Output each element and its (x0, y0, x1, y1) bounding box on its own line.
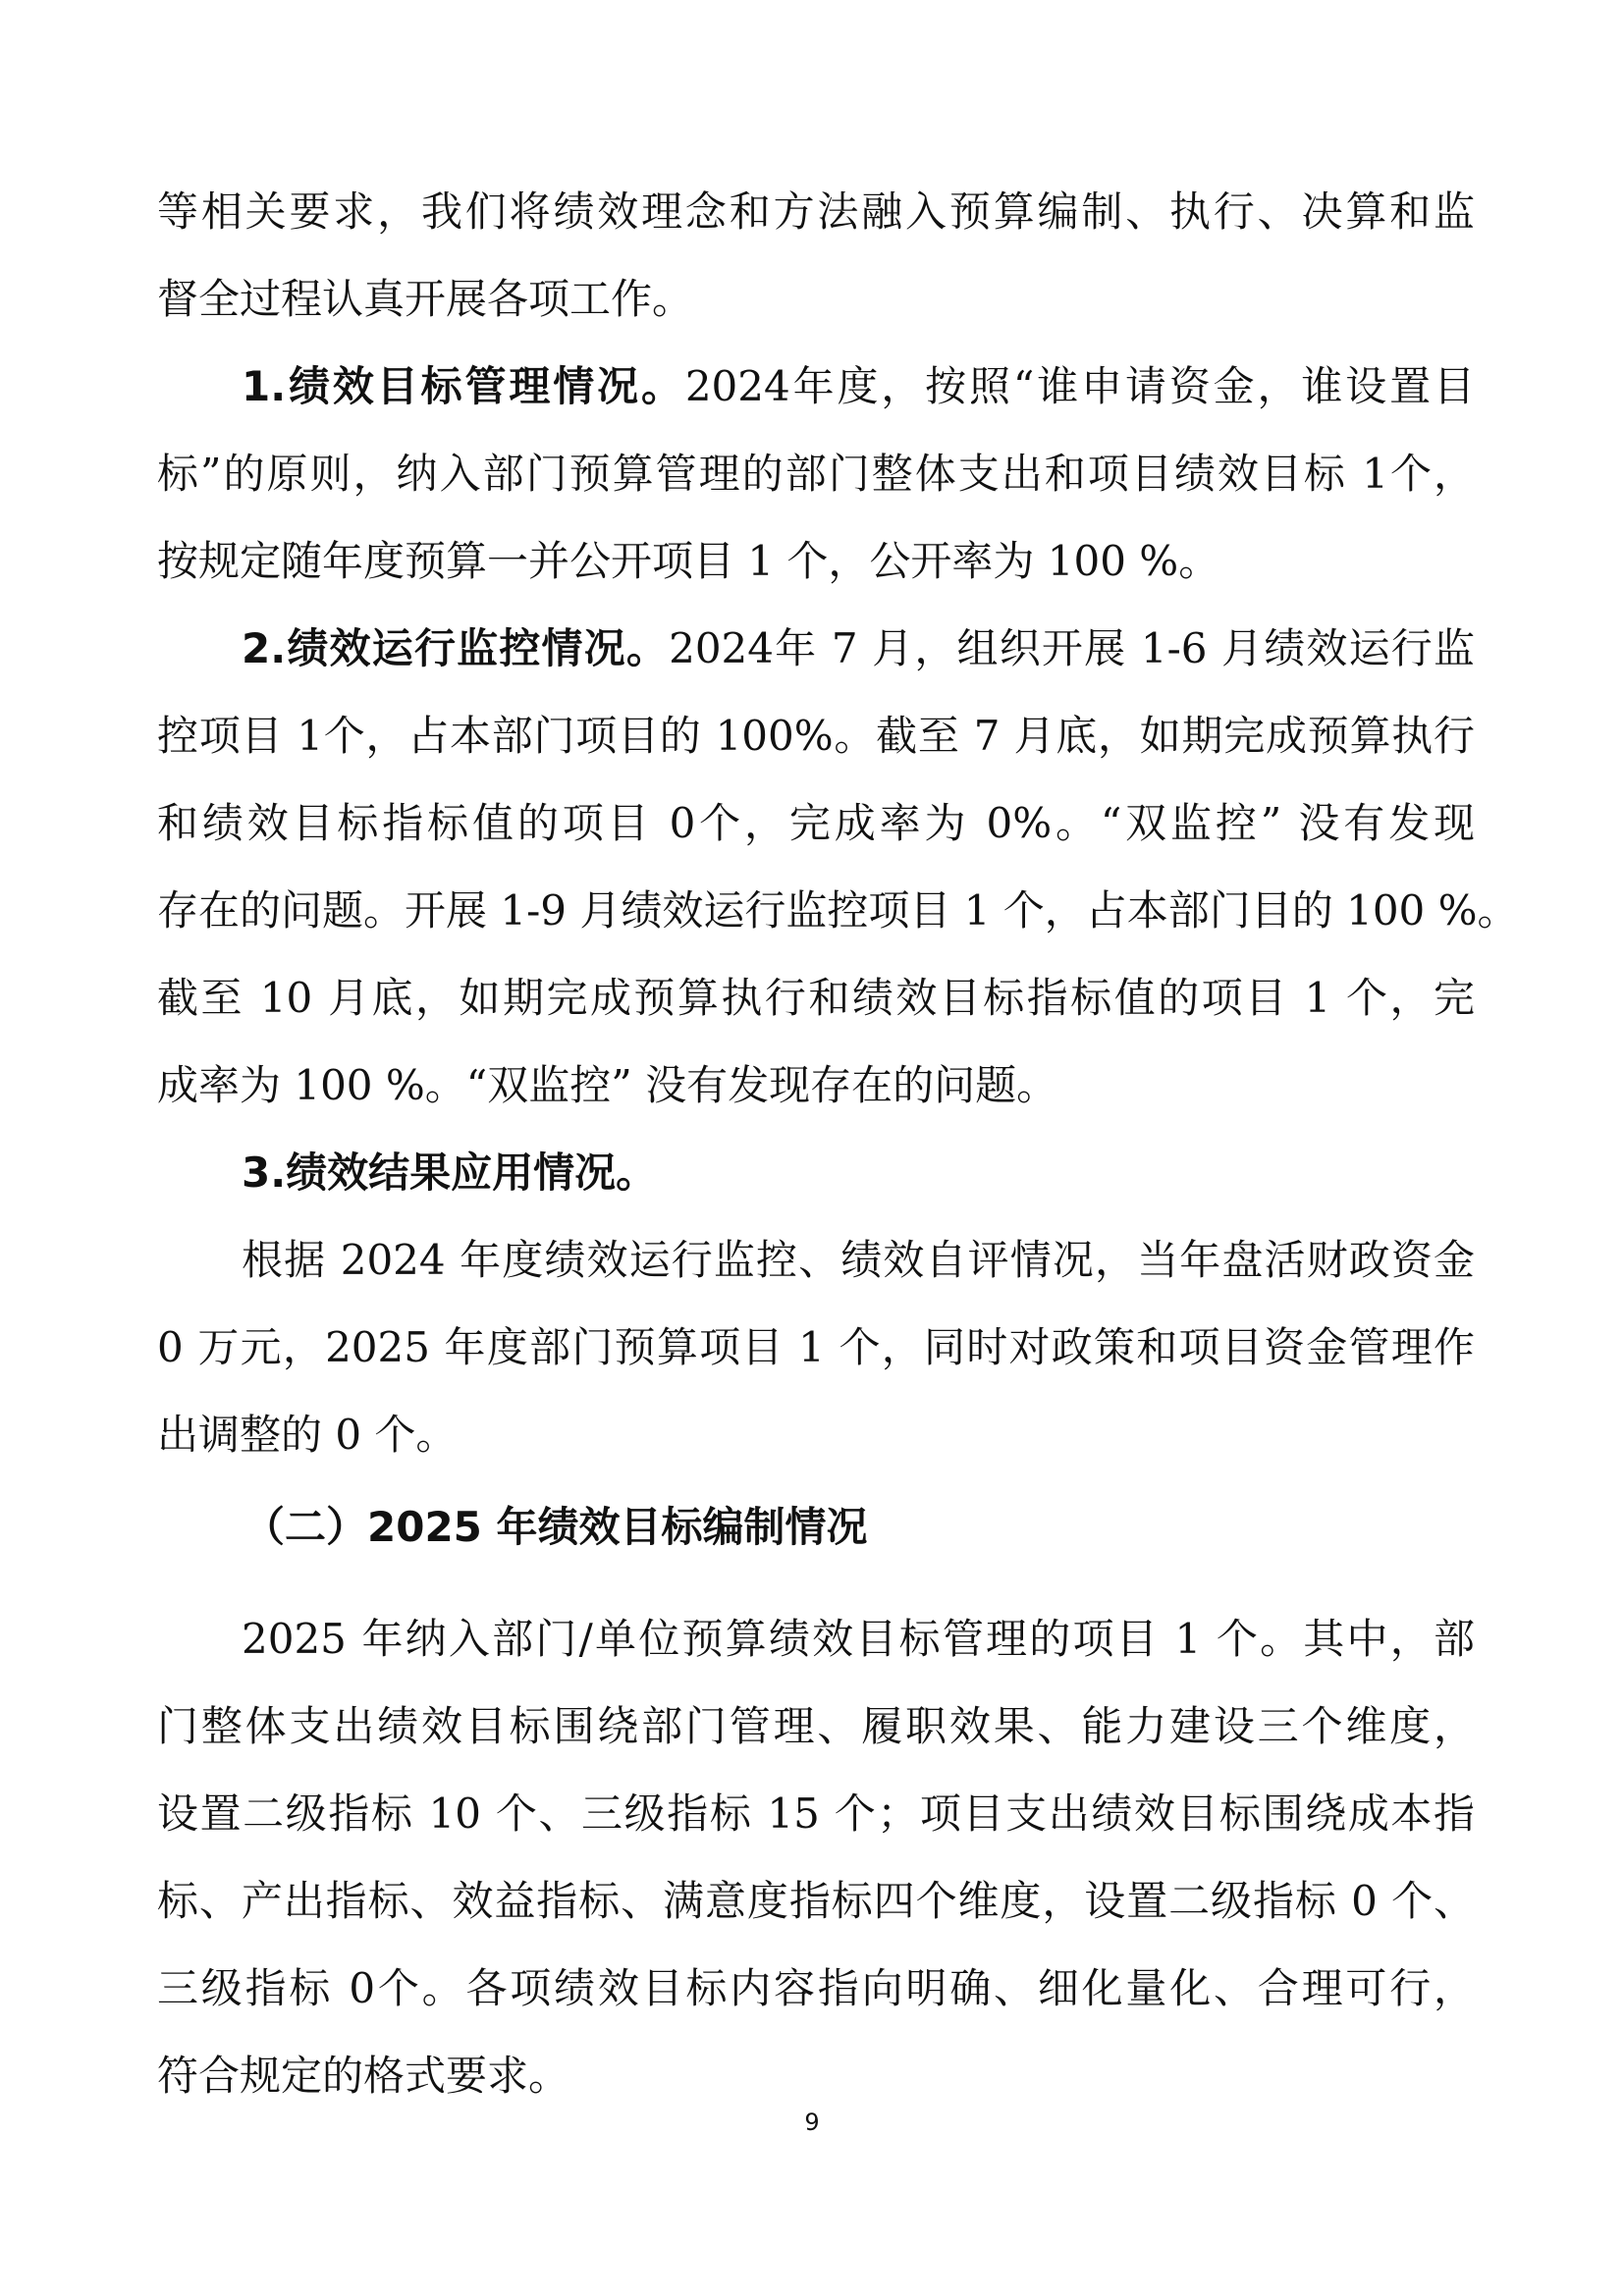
section-3-line: 3.绩效结果应用情况。 (242, 1144, 1475, 1202)
section-heading-3: 3.绩效结果应用情况。 (242, 1148, 657, 1197)
page-number: 9 (0, 2109, 1624, 2136)
paragraph-line: 控项目 1个，占本部门项目的 100%。截至 7 月底，如期完成预算执行 (157, 707, 1475, 766)
paragraph-line: 出调整的 0 个。 (157, 1406, 1475, 1465)
paragraph-line: 和绩效目标指标值的项目 0个，完成率为 0%。“双监控” 没有发现 (157, 794, 1475, 853)
subsection-heading-line: （二）2025 年绩效目标编制情况 (244, 1498, 1475, 1557)
paragraph-line: 按规定随年度预算一并公开项目 1 个，公开率为 100 %。 (157, 532, 1475, 591)
section-heading-2: 2.绩效运行监控情况。 (242, 624, 669, 672)
document-page: 等相关要求，我们将绩效理念和方法融入预算编制、执行、决算和监 督全过程认真开展各… (0, 0, 1624, 2296)
paragraph-line: 标、产出指标、效益指标、满意度指标四个维度，设置二级指标 0 个、 (157, 1872, 1475, 1931)
paragraph-line: 成率为 100 %。“双监控” 没有发现存在的问题。 (157, 1056, 1475, 1115)
section-1-first-line: 1.绩效目标管理情况。2024年度，按照“谁申请资金，谁设置目 (242, 357, 1475, 416)
subsection-heading: （二）2025 年绩效目标编制情况 (244, 1503, 868, 1551)
paragraph-line: 三级指标 0个。各项绩效目标内容指向明确、细化量化、合理可行， (157, 1959, 1475, 2018)
paragraph-line: 存在的问题。开展 1-9 月绩效运行监控项目 1 个，占本部门目的 100 %。 (157, 881, 1475, 940)
paragraph-line: 等相关要求，我们将绩效理念和方法融入预算编制、执行、决算和监 (157, 183, 1475, 241)
paragraph-line: 门整体支出绩效目标围绕部门管理、履职效果、能力建设三个维度， (157, 1697, 1475, 1756)
paragraph-line: 符合规定的格式要求。 (157, 2047, 1475, 2106)
paragraph-text: 2024年 7 月，组织开展 1-6 月绩效运行监 (669, 624, 1475, 672)
paragraph-line: 根据 2024 年度绩效运行监控、绩效自评情况，当年盘活财政资金 (242, 1231, 1475, 1290)
section-2-first-line: 2.绩效运行监控情况。2024年 7 月，组织开展 1-6 月绩效运行监 (242, 619, 1475, 678)
paragraph-line: 标”的原则，纳入部门预算管理的部门整体支出和项目绩效目标 1个， (157, 445, 1475, 504)
paragraph-line: 截至 10 月底，如期完成预算执行和绩效目标指标值的项目 1 个，完 (157, 969, 1475, 1028)
paragraph-line: 设置二级指标 10 个、三级指标 15 个；项目支出绩效目标围绕成本指 (157, 1785, 1475, 1843)
paragraph-line: 督全过程认真开展各项工作。 (157, 270, 1475, 329)
paragraph-line: 2025 年纳入部门/单位预算绩效目标管理的项目 1 个。其中，部 (242, 1610, 1475, 1669)
section-heading-1: 1.绩效目标管理情况。 (242, 362, 685, 410)
paragraph-text: 2024年度，按照“谁申请资金，谁设置目 (685, 362, 1475, 410)
paragraph-line: 0 万元，2025 年度部门预算项目 1 个，同时对政策和项目资金管理作 (157, 1318, 1475, 1377)
